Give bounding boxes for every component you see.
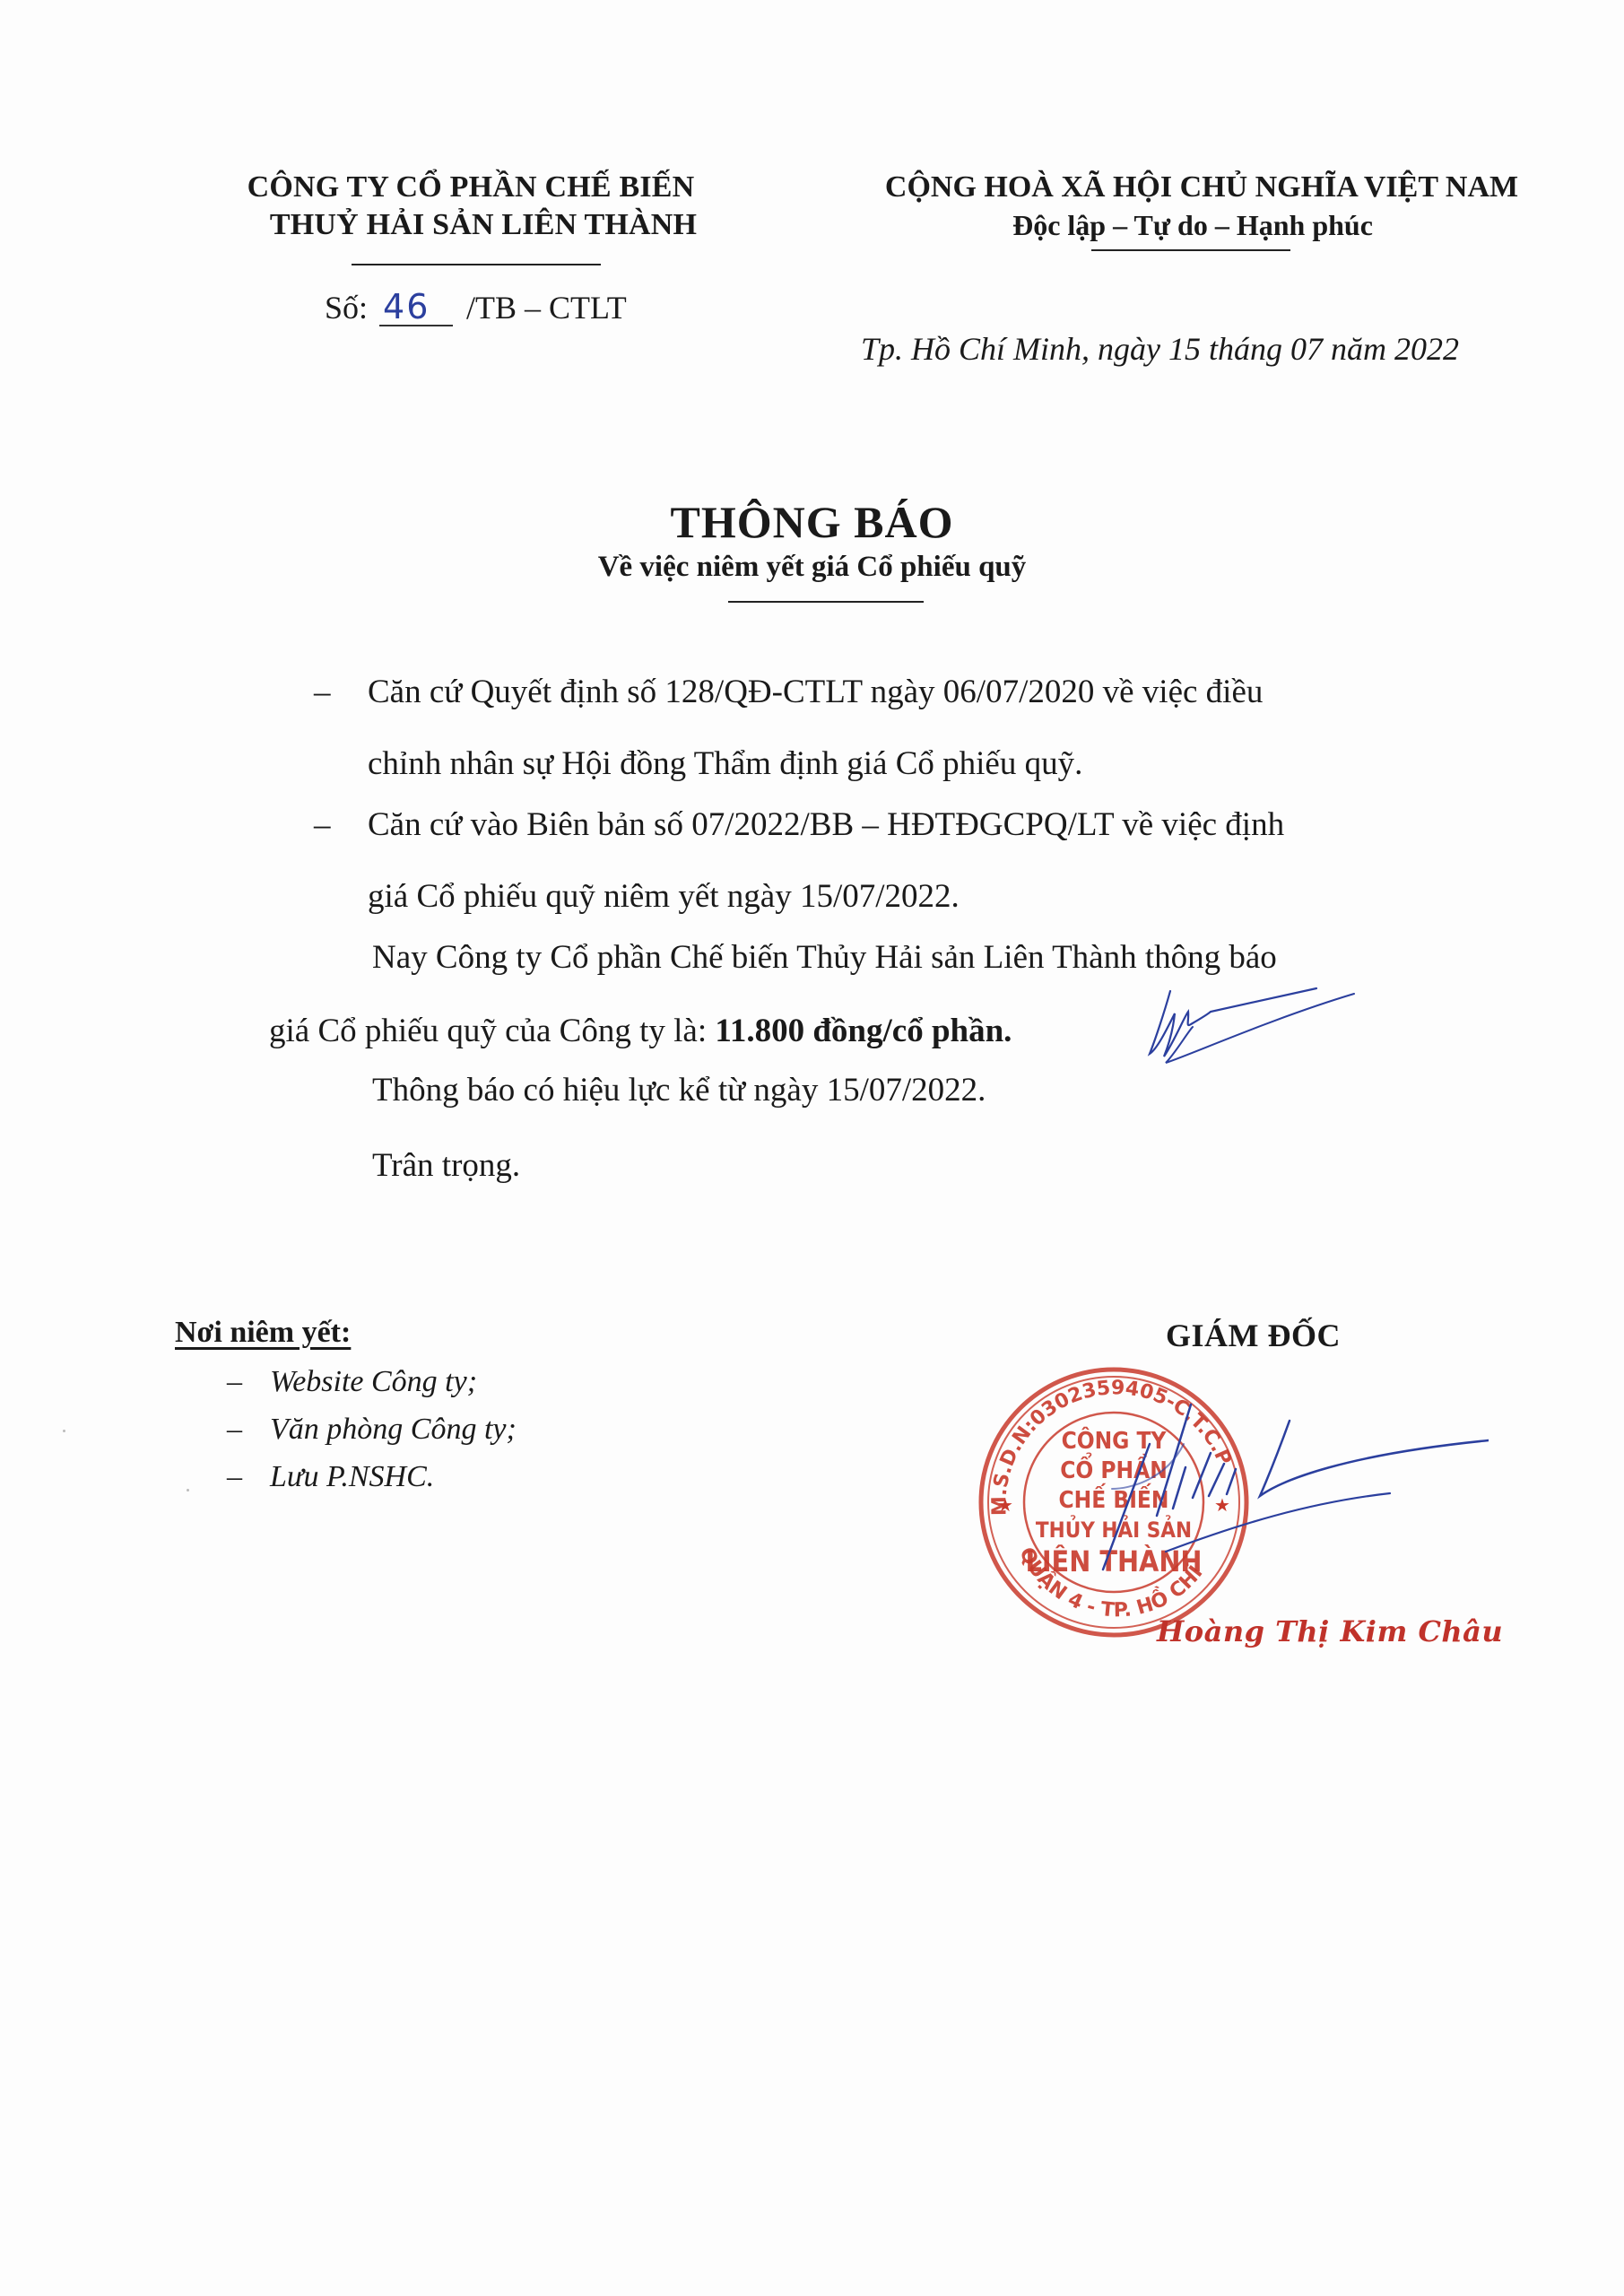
legal-basis-line2: giá Cổ phiếu quỹ niêm yết ngày 15/07/202… (368, 872, 1480, 922)
legal-basis-line1: Căn cứ vào Biên bản số 07/2022/BB – HĐTĐ… (368, 800, 1480, 850)
nation-name: CỘNG HOÀ XÃ HỘI CHỦ NGHĨA VIỆT NAM (834, 169, 1569, 206)
document-number: Số: 46 /TB – CTLT (325, 289, 627, 326)
dash-bullet: – (227, 1358, 270, 1405)
national-motto: Độc lập – Tự do – Hạnh phúc (816, 206, 1569, 244)
title-divider (728, 601, 924, 603)
header-divider-right (1091, 249, 1290, 251)
svg-text:★: ★ (997, 1494, 1013, 1516)
list-item: –Văn phòng Công ty; (175, 1405, 517, 1453)
document-subject: Về việc niêm yết giá Cổ phiếu quỹ (0, 549, 1624, 585)
dash-bullet: – (227, 1453, 270, 1500)
scan-speck (187, 1489, 189, 1492)
distribution-item-text: Website Công ty; (270, 1365, 477, 1398)
initial-signature-mark (1139, 978, 1372, 1076)
dash-bullet: – (314, 667, 331, 717)
list-item: –Lưu P.NSHC. (175, 1453, 517, 1500)
announcement-line2-prefix: giá Cổ phiếu quỹ của Công ty là: (269, 1013, 715, 1049)
distribution-item-text: Lưu P.NSHC. (270, 1460, 434, 1493)
effective-date-statement: Thông báo có hiệu lực kể từ ngày 15/07/2… (372, 1065, 986, 1116)
document-title-block: THÔNG BÁO Về việc niêm yết giá Cổ phiếu … (0, 495, 1624, 603)
national-header: CỘNG HOÀ XÃ HỘI CHỦ NGHĨA VIỆT NAM Độc l… (834, 169, 1569, 251)
dash-bullet: – (314, 800, 331, 850)
document-title: THÔNG BÁO (0, 495, 1624, 549)
distribution-item-text: Văn phòng Công ty; (270, 1413, 517, 1446)
list-item: –Website Công ty; (175, 1358, 517, 1405)
scan-speck (63, 1430, 65, 1432)
distribution-items: –Website Công ty; –Văn phòng Công ty; –L… (175, 1358, 517, 1500)
organization-name-line1: CÔNG TY CỔ PHẦN CHẾ BIẾN (179, 169, 762, 206)
signer-name: Hoàng Thị Kim Châu (1157, 1614, 1503, 1648)
signer-title: GIÁM ĐỐC (1166, 1317, 1341, 1354)
place-and-date: Tp. Hồ Chí Minh, ngày 15 tháng 07 năm 20… (861, 330, 1459, 368)
share-price: 11.800 đồng/cổ phần. (715, 1013, 1012, 1049)
document-number-handwritten: 46 (379, 289, 453, 326)
distribution-label: Nơi niêm yết: (175, 1313, 517, 1352)
dash-bullet: – (227, 1405, 270, 1453)
organization-name-line2: THUỶ HẢI SẢN LIÊN THÀNH (179, 206, 762, 244)
document-page: CÔNG TY CỔ PHẦN CHẾ BIẾN THUỶ HẢI SẢN LI… (0, 0, 1624, 2296)
legal-basis-line1: Căn cứ Quyết định số 128/QĐ-CTLT ngày 06… (368, 667, 1480, 717)
announcement-line1: Nay Công ty Cổ phần Chế biến Thủy Hải sả… (269, 933, 1489, 983)
header-divider-left (352, 264, 601, 265)
document-number-prefix: Số: (325, 290, 368, 326)
organization-header: CÔNG TY CỔ PHẦN CHẾ BIẾN THUỶ HẢI SẢN LI… (179, 169, 762, 265)
closing-regards: Trân trọng. (372, 1141, 520, 1191)
document-number-suffix: /TB – CTLT (466, 290, 627, 326)
distribution-list: Nơi niêm yết: –Website Công ty; –Văn phò… (175, 1313, 517, 1500)
legal-basis-item: – Căn cứ Quyết định số 128/QĐ-CTLT ngày … (314, 667, 1480, 789)
director-signature (1076, 1381, 1489, 1587)
legal-basis-line2: chỉnh nhân sự Hội đồng Thẩm định giá Cổ … (368, 739, 1480, 789)
legal-basis-item: – Căn cứ vào Biên bản số 07/2022/BB – HĐ… (314, 800, 1480, 922)
